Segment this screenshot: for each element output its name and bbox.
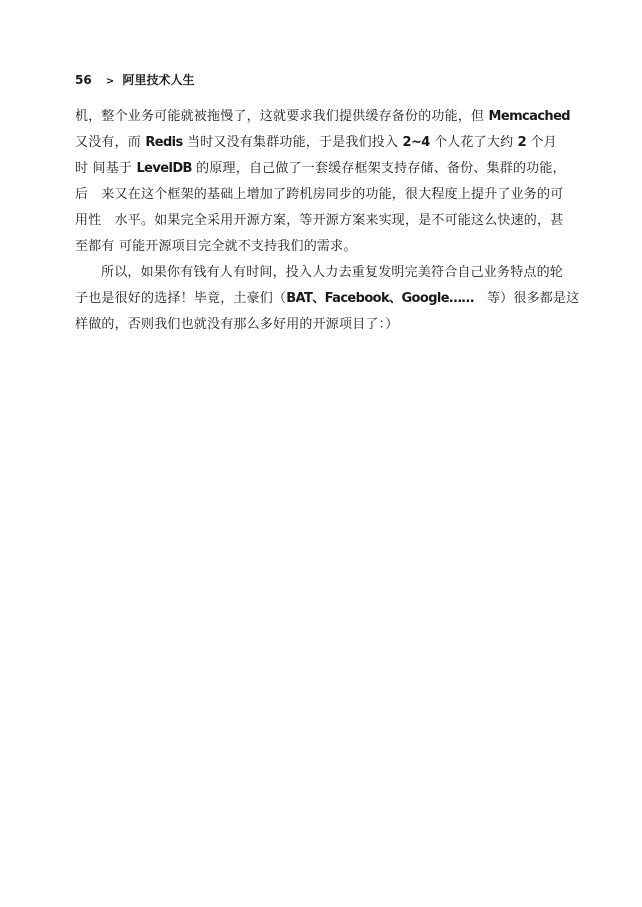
- header-separator: >: [106, 76, 114, 87]
- page-number: 56: [75, 73, 92, 87]
- text-line: 又没有，而 Redis 当时又没有集群功能，于是我们投入 2~4 个人花了大约 …: [75, 130, 550, 156]
- text-line: 机，整个业务可能就被拖慢了，这就要求我们提供缓存备份的功能，但 Memcache…: [75, 104, 550, 130]
- text-line: 时 间基于 LevelDB 的原理，自己做了一套缓存框架支持存储、备份、集群的功…: [75, 156, 550, 182]
- bold-term: 2: [518, 135, 526, 150]
- text-line: 子也是很好的选择！毕竟，土豪们（BAT、Facebook、Google…… 等）…: [75, 286, 550, 312]
- bold-term: LevelDB: [136, 161, 191, 176]
- bold-term: 2~4: [403, 135, 430, 150]
- paragraph: 所以，如果你有钱有人有时间，投入人力去重复发明完美符合自己业务特点的轮子也是很好…: [75, 260, 550, 338]
- bold-term: Memcached: [489, 109, 570, 124]
- text-line: 至都有 可能开源项目完全就不支持我们的需求。: [75, 234, 550, 260]
- page-header: 56 > 阿里技术人生: [75, 71, 194, 88]
- text-line: 用性 水平。如果完全采用开源方案，等开源方案来实现，是不可能这么快速的，甚: [75, 208, 550, 234]
- bold-term: BAT、Facebook、Google……: [286, 291, 474, 306]
- paragraph: 机，整个业务可能就被拖慢了，这就要求我们提供缓存备份的功能，但 Memcache…: [75, 104, 550, 260]
- text-line: 后 来又在这个框架的基础上增加了跨机房同步的功能，很大程度上提升了业务的可: [75, 182, 550, 208]
- book-title: 阿里技术人生: [122, 73, 194, 87]
- text-line: 所以，如果你有钱有人有时间，投入人力去重复发明完美符合自己业务特点的轮: [75, 260, 550, 286]
- text-line: 样做的，否则我们也就没有那么多好用的开源项目了：）: [75, 312, 550, 338]
- bold-term: Redis: [145, 135, 182, 150]
- body-text: 机，整个业务可能就被拖慢了，这就要求我们提供缓存备份的功能，但 Memcache…: [75, 104, 550, 338]
